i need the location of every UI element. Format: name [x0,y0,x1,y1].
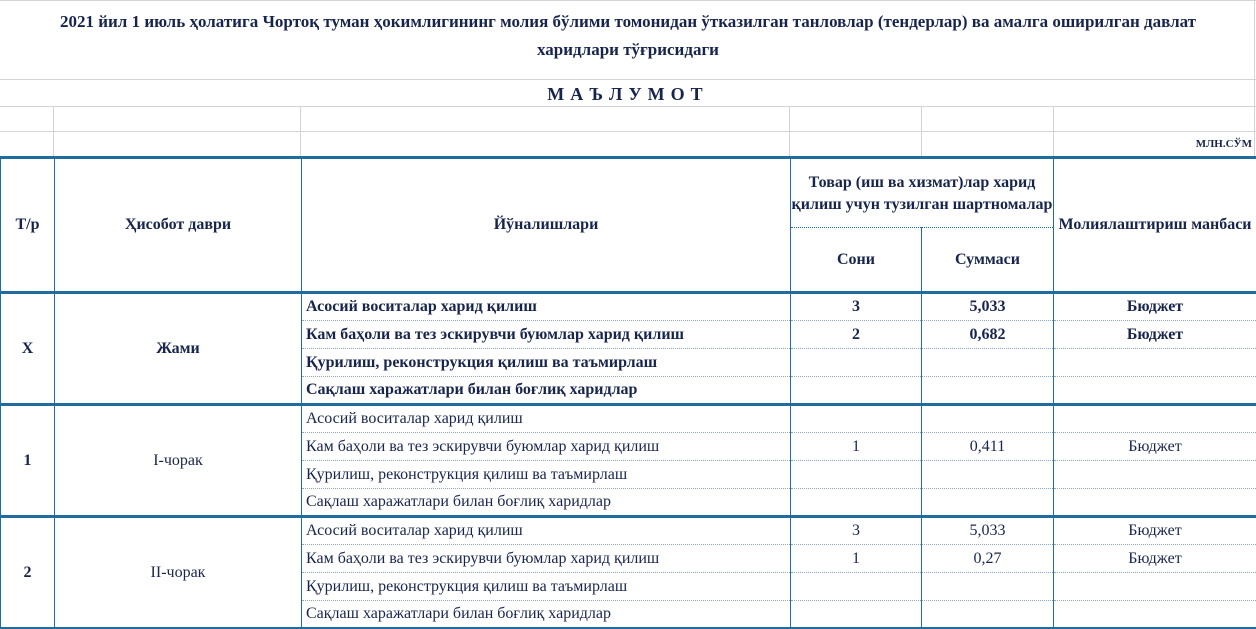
row-source [1054,461,1256,489]
gridline [300,106,301,156]
header-contracts-group: Товар (иш ва хизмат)лар харид қилиш учун… [791,158,1054,228]
row-direction: Сақлаш харажатлари билан боғлиқ харидлар [302,489,791,517]
row-count [791,573,922,601]
row-count [791,349,922,377]
row-sum [922,489,1054,517]
row-source [1054,573,1256,601]
header-count: Сони [791,228,922,293]
row-count [791,489,922,517]
table-row: Х Жами Асосий воситалар харид қилиш 3 5,… [1,293,1256,321]
row-direction: Кам баҳоли ва тез эскирувчи буюмлар хари… [302,321,791,349]
gridline [921,106,922,156]
row-index: Х [1,293,55,405]
row-source: Бюджет [1054,321,1256,349]
row-period: II-чорак [55,517,302,629]
gridline [0,131,1256,132]
row-sum [922,405,1054,433]
row-sum [922,377,1054,405]
row-sum [922,349,1054,377]
row-direction: Кам баҳоли ва тез эскирувчи буюмлар хари… [302,545,791,573]
table-row: 1 I-чорак Асосий воситалар харид қилиш [1,405,1256,433]
document-title: 2021 йил 1 июль ҳолатига Чортоқ туман ҳо… [0,8,1256,64]
row-direction: Қурилиш, реконструкция қилиш ва таъмирла… [302,461,791,489]
document-subtitle: МАЪЛУМОТ [0,81,1256,107]
row-period: Жами [55,293,302,405]
gridline [53,106,54,156]
row-direction: Сақлаш харажатлари билан боғлиқ харидлар [302,377,791,405]
row-sum: 0,411 [922,433,1054,461]
row-source [1054,377,1256,405]
procurement-table: Т/р Ҳисобот даври Йўналишлари Товар (иш … [0,156,1256,629]
row-count [791,461,922,489]
table-row: 2 II-чорак Асосий воситалар харид қилиш … [1,517,1256,545]
row-direction: Қурилиш, реконструкция қилиш ва таъмирла… [302,573,791,601]
section-total: Х Жами Асосий воситалар харид қилиш 3 5,… [1,293,1256,405]
row-source: Бюджет [1054,293,1256,321]
gridline [789,106,790,156]
unit-label: МЛН.СЎМ [1196,136,1252,152]
row-direction: Сақлаш харажатлари билан боғлиқ харидлар [302,601,791,629]
row-direction: Асосий воситалар харид қилиш [302,293,791,321]
row-source [1054,489,1256,517]
row-count: 3 [791,293,922,321]
row-source [1054,405,1256,433]
header-sum: Суммаси [922,228,1054,293]
row-source [1054,349,1256,377]
row-sum: 5,033 [922,293,1054,321]
row-count: 2 [791,321,922,349]
row-sum [922,573,1054,601]
section-q1: 1 I-чорак Асосий воситалар харид қилиш К… [1,405,1256,517]
row-count: 1 [791,545,922,573]
row-source: Бюджет [1054,517,1256,545]
row-sum: 0,682 [922,321,1054,349]
row-direction: Қурилиш, реконструкция қилиш ва таъмирла… [302,349,791,377]
row-source: Бюджет [1054,433,1256,461]
row-sum [922,601,1054,629]
row-direction: Асосий воситалар харид қилиш [302,517,791,545]
row-count: 3 [791,517,922,545]
row-source [1054,601,1256,629]
header-index: Т/р [1,158,55,293]
gridline [0,0,1256,1]
header-period: Ҳисобот даври [55,158,302,293]
row-source: Бюджет [1054,545,1256,573]
row-direction: Кам баҳоли ва тез эскирувчи буюмлар хари… [302,433,791,461]
section-q2: 2 II-чорак Асосий воситалар харид қилиш … [1,517,1256,629]
row-count [791,377,922,405]
row-count: 1 [791,433,922,461]
header-direction: Йўналишлари [302,158,791,293]
row-index: 1 [1,405,55,517]
row-sum: 0,27 [922,545,1054,573]
header-source: Молиялаштириш манбаси [1054,158,1256,293]
row-index: 2 [1,517,55,629]
row-sum [922,461,1054,489]
row-period: I-чорак [55,405,302,517]
row-count [791,601,922,629]
row-count [791,405,922,433]
row-sum: 5,033 [922,517,1054,545]
gridline [1053,106,1054,156]
gridline [0,79,1256,80]
row-direction: Асосий воситалар харид қилиш [302,405,791,433]
